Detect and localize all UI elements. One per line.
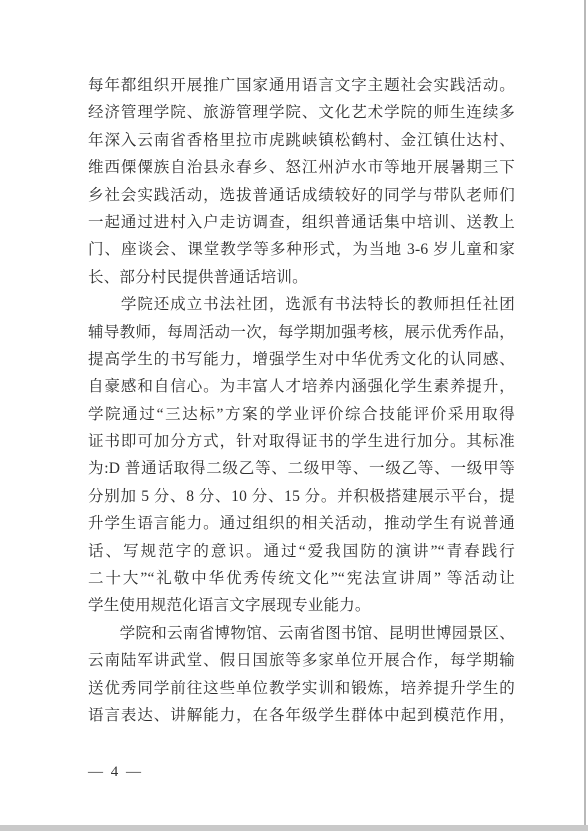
text-line: 一起通过进村入户走访调查，组织普通话集中培训、送教上 bbox=[88, 209, 515, 236]
text-line: 学院还成立书法社团，选派有书法特长的教师担任社团 bbox=[88, 291, 515, 318]
page-number: — 4 — bbox=[88, 764, 143, 781]
text-line: 二十大”“礼敬中华优秀传统文化”“宪法宣讲周” 等活动让 bbox=[88, 565, 515, 592]
text-line: 证书即可加分方式，针对取得证书的学生进行加分。其标准 bbox=[88, 428, 515, 455]
text-line: 经济管理学院、旅游管理学院、文化艺术学院的师生连续多 bbox=[88, 99, 515, 126]
page-edge-bottom-shadow bbox=[0, 825, 588, 831]
text-line: 乡社会实践活动，选拔普通话成绩较好的同学与带队老师们 bbox=[88, 182, 515, 209]
text-line: 门、座谈会、课堂教学等多种形式，为当地 3-6 岁儿童和家 bbox=[88, 236, 515, 263]
text-line: 为:D 普通话取得二级乙等、二级甲等、一级乙等、一级甲等 bbox=[88, 455, 515, 482]
text-line: 分别加 5 分、8 分、10 分、15 分。并积极搭建展示平台，提 bbox=[88, 483, 515, 510]
text-line: 年深入云南省香格里拉市虎跳峡镇松鹤村、金江镇仕达村、 bbox=[88, 127, 515, 154]
text-line: 自豪感和自信心。为丰富人才培养内涵强化学生素养提升， bbox=[88, 373, 515, 400]
text-line: 云南陆军讲武堂、假日国旅等多家单位开展合作，每学期输 bbox=[88, 647, 515, 674]
text-line: 学院通过“三达标”方案的学业评价综合技能评价采用取得 bbox=[88, 401, 515, 428]
text-line: 升学生语言能力。通过组织的相关活动，推动学生有说普通 bbox=[88, 510, 515, 537]
document-body: 每年都组织开展推广国家通用语言文字主题社会实践活动。 经济管理学院、旅游管理学院… bbox=[88, 72, 515, 729]
text-line: 语言表达、讲解能力，在各年级学生群体中起到模范作用， bbox=[88, 702, 515, 729]
text-line: 学院和云南省博物馆、云南省图书馆、昆明世博园景区、 bbox=[88, 620, 515, 647]
text-line: 话、写规范字的意识。通过“爱我国防的演讲”“青春践行 bbox=[88, 538, 515, 565]
text-line: 辅导教师，每周活动一次，每学期加强考核，展示优秀作品， bbox=[88, 319, 515, 346]
text-line: 送优秀同学前往这些单位教学实训和锻炼，培养提升学生的 bbox=[88, 675, 515, 702]
text-line: 提高学生的书写能力，增强学生对中华优秀文化的认同感、 bbox=[88, 346, 515, 373]
document-page: 每年都组织开展推广国家通用语言文字主题社会实践活动。 经济管理学院、旅游管理学院… bbox=[0, 0, 588, 831]
text-line: 维西傈僳族自治县永春乡、怒江州泸水市等地开展暑期三下 bbox=[88, 154, 515, 181]
text-line: 学生使用规范化语言文字展现专业能力。 bbox=[88, 592, 515, 619]
page-edge-right-shadow bbox=[584, 0, 586, 825]
text-line: 长、部分村民提供普通话培训。 bbox=[88, 264, 515, 291]
text-line: 每年都组织开展推广国家通用语言文字主题社会实践活动。 bbox=[88, 72, 515, 99]
